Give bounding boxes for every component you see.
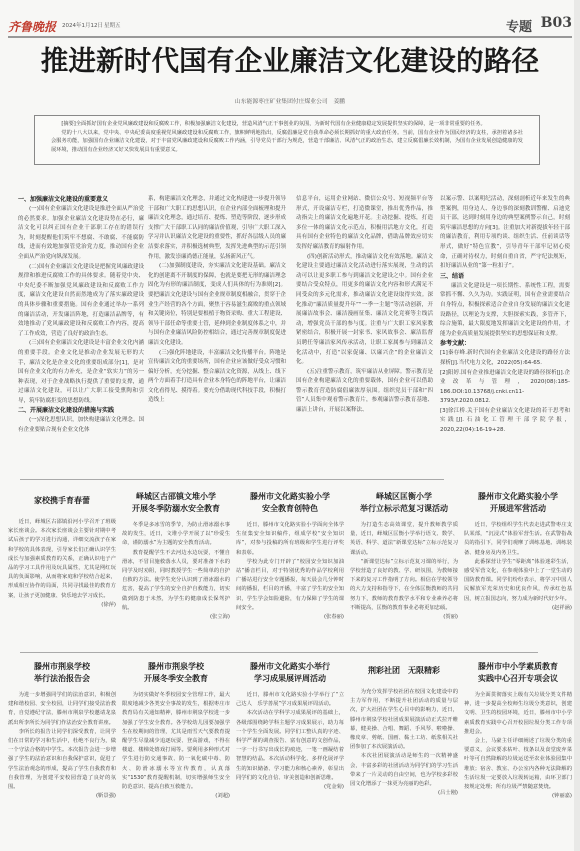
article-headline: 推进新时代国有企业廉洁文化建设的路径 <box>8 44 572 78</box>
news-title-line: 实践中心召开专项会议 <box>464 672 572 684</box>
section-divider <box>20 652 538 653</box>
news-item: 滕州市荆泉学校开展冬季安全教育为切实做好冬季校园安全管理工作，最大限度地减少各类… <box>122 660 230 801</box>
news-author: (贺丽) <box>350 613 458 622</box>
section-heading: 一、加强廉洁文化建设的重要意义 <box>18 195 144 205</box>
news-paragraph: 近日，学校组织学生代表走进武警枣庄支队某部，“沉浸式”体验军营生活。在武警指战员… <box>464 521 572 558</box>
news-title-line: 开展冬季安全教育 <box>122 672 230 684</box>
news-title-line: 滕州市文化路实验小学 <box>236 490 344 502</box>
news-item: 滕州市中小学素质教育实践中心召开专项会议为全面贯彻落实上级有关垃圾分类文件精神，… <box>464 660 572 801</box>
news-author: (党金菊) <box>236 783 344 792</box>
news-title-line: 荆彩社团 无限精彩 <box>350 664 458 676</box>
news-paragraph: 李所长的报告让同学们深受教育，让同学们在日常的学习和生活中，杜绝不良行为，做一个… <box>8 728 116 792</box>
news-paragraph: 会上，马豪主任详细阐述了垃圾分类的重要意义，会议要求枯叶、枝条以及食堂废弃菜叶等… <box>464 737 572 792</box>
news-title-line: 家校携手育春蕾 <box>8 494 116 506</box>
page-number: B03 <box>541 15 572 31</box>
news-author: (赵祥涵) <box>464 604 572 613</box>
news-title-line: 开展进军营活动 <box>464 502 572 514</box>
body-paragraph: (五)注重警示教育，筑牢廉洁从业屏障。警示教育是国有企业构建廉洁文化的重要载体，… <box>296 368 433 416</box>
section-heading: 参考文献： <box>440 339 570 349</box>
news-title-line: 滕州市荆泉学校 <box>8 660 116 672</box>
news-item: 荆彩社团 无限精彩为充分发挥学校社团在校园文化建设中的主力军作用，不断提升社团活… <box>350 660 458 798</box>
news-paragraph: 为打造生态高效课堂，提升教师教学质量，近日，峄城区匡衡小学举行语文、数学、英语、… <box>350 521 458 558</box>
news-title-line: 举行法治报告会 <box>8 672 116 684</box>
body-paragraph: 系，构建廉洁文化理念，并通过文化构建进一步提升领导干部和广大职工的思想认识，在企… <box>148 195 286 262</box>
body-paragraph: (三)国有企业廉洁文化建设是丰富企业文化内涵的重要手段。企业文化是推动企业发展无… <box>18 339 144 406</box>
issue-date: 2024年1月12日 <box>62 21 103 29</box>
article-abstract: [摘要]全面抓好国有企业党风廉政建设和反腐败工作，积极加强廉洁文化建设，营造风清… <box>34 115 540 165</box>
news-item: 滕州市荆泉学校举行法治报告会为进一步增强同学们的法治意识，积极创建和谐校园、安全… <box>8 660 116 801</box>
news-item: 峄城区匡衡小学举行立标示范复习课活动为打造生态高效课堂，提升教师教学质量，近日，… <box>350 490 458 622</box>
news-author: (张立海) <box>122 613 230 622</box>
news-title-line: 滕州市荆泉学校 <box>122 660 230 672</box>
masthead: 齐鲁晚报 2024年1月12日 星期五 专题 B03 <box>8 14 572 36</box>
news-paragraph: 为切实做好冬季校园安全管理工作，最大限度地减少各类安全事故的发生，根据枣庄市教育… <box>122 691 230 792</box>
news-item: 滕州市文化路实验小学开展进军营活动近日，学校组织学生代表走进武警枣庄支队某部，“… <box>464 490 572 613</box>
news-title: 滕州市荆泉学校举行法治报告会 <box>8 660 116 684</box>
news-item: 家校携手育春蕾近日，峄城区古邵镇沿河小学召开了班级家长座谈会。本次家长座谈会主要… <box>8 490 116 610</box>
news-title: 荆彩社团 无限精彩 <box>350 664 458 676</box>
news-author: (张春丽) <box>236 613 344 622</box>
reference-entry: [1]秦存峰.新时代国有企业廉洁文化建设的路径方法探析[J].当代电力文化，20… <box>440 349 570 368</box>
news-title-line: 滕州市中小学素质教育 <box>464 660 572 672</box>
news-paragraph: 近日，滕州市文化路实验小学举行了“立己达人 乐学善展”学习成果展评周活动。 <box>236 691 344 709</box>
reference-entry: [3]徐江桥.关于国有企业廉洁文化建设的若干思考和实践[J].石油化工管理干部学… <box>440 407 570 436</box>
news-title-line: 举行立标示范复习课活动 <box>350 502 458 514</box>
body-paragraph: 信息平台，运用企业网站、微信公众号、短视频平台等形式，开设廉洁专栏，打造微课堂，… <box>296 195 433 253</box>
news-title: 峄城区匡衡小学举行立标示范复习课活动 <box>350 490 458 514</box>
article-byline: 山东能源枣庄矿业集团付庄煤业公司 姜鹏 <box>0 96 580 105</box>
news-item: 峄城区古邵镇文堆小学开展冬季防溺水安全教育冬季是多冰雪的季节，为防止滑冰溺水事故… <box>122 490 230 622</box>
section-label: 专题 <box>506 16 532 35</box>
news-title: 家校携手育春蕾 <box>8 494 116 506</box>
news-paragraph: 为充分发挥学校社团在校园文化建设中的主力军作用，不断提升社团活动的质量与层次，扩… <box>350 688 458 752</box>
news-paragraph: 教育提醒学生不去河边水边玩耍，不懂自滑冰，不冒目施救落水人员，要对准备下水的同学… <box>122 549 230 613</box>
news-title: 峄城区古邵镇文堆小学开展冬季防溺水安全教育 <box>122 490 230 514</box>
news-title-line: 峄城区匡衡小学 <box>350 490 458 502</box>
article-column-2: 系，构建廉洁文化理念，并通过文化构建进一步提升领导干部和广大职工的思想认识，在企… <box>148 195 286 406</box>
news-author: (吕士刚) <box>350 789 458 798</box>
news-paragraph: 近日，峄城区古邵镇沿河小学召开了班级家长座谈会。本次家长座谈会主要针对期中考试后… <box>8 518 116 601</box>
news-paragraph: 本次活动在学科学习成果展评的基础上，各级部围绕跨学科主题学习成果展示，助力每一个… <box>236 709 344 783</box>
body-paragraph: (三)强化阵地建设，丰富廉洁文化传播平台。阵地是宣传廉洁文化的重要场所，国有企业… <box>148 349 286 407</box>
news-paragraph: “新课堂达标”立标示范复习课的举行，为学校营造了良好的教、学、研氛围，为教师接下… <box>350 558 458 613</box>
section-heading: 三、结语 <box>440 272 570 282</box>
page-edge <box>574 0 580 851</box>
news-author: (钟丽嘉) <box>464 792 572 801</box>
news-paragraph: 此番探营让学生“零距离”体验迷彩生活，感受军营文化，在参观体验中上了一堂生动的国… <box>464 558 572 604</box>
masthead-rule <box>8 36 572 38</box>
news-title-line: 滕州市文化路实小举行 <box>236 660 344 672</box>
news-title-line: 峄城区古邵镇文堆小学 <box>122 490 230 502</box>
body-paragraph: 以案示警、以案明纪活动，深刻剖析近年来发生的典型案例，用身边人、身边事的深刻教训… <box>440 195 570 272</box>
body-paragraph: (二)加强制度建设，夯实廉洁文化建设基础。廉洁文化的创建离不开制度的保障，也就是… <box>148 262 286 348</box>
news-paragraph: 近日，滕州市文化路实验小学面向全体学生征集安全知识稿件，组成学校“安全知识库”，… <box>236 521 344 558</box>
article-column-3: 信息平台，运用企业网站、微信公众号、短视频平台等形式，开设廉洁专栏，打造微课堂，… <box>296 195 433 416</box>
issue-weekday: 星期五 <box>104 21 121 29</box>
news-item: 滕州市文化路实小举行学习成果展评周活动近日，滕州市文化路实验小学举行了“立己达人… <box>236 660 344 792</box>
body-paragraph: 廉洁文化建设是一项长期性、系统性工程，需要常抓不懈、久久为功。实践证明，国有企业… <box>440 282 570 340</box>
news-title: 滕州市文化路实验小学开展进军营活动 <box>464 490 572 514</box>
news-paragraph: 为进一步增强同学们的法治意识，积极创建和谐校园、安全校园，让同学们接受法治教育，… <box>8 691 116 728</box>
news-item: 滕州市文化路实验小学安全教育创特色近日，滕州市文化路实验小学面向全体学生征集安全… <box>236 490 344 622</box>
news-title-line: 开展冬季防溺水安全教育 <box>122 502 230 514</box>
body-paragraph: (二)国有企业廉洁文化建设是把握党风廉政建设规律和推进反腐败工作的具体要求。随着… <box>18 263 144 340</box>
abstract-paragraph: 党的十八大以来，党中央、中央纪委高度重视党风廉政建设和反腐败工作，旗帜鲜明地指出… <box>51 129 523 155</box>
news-title-line: 安全教育创特色 <box>236 502 344 514</box>
article-column-4: 以案示警、以案明纪活动，深刻剖析近年来发生的典型案例，用身边人、身边事的深刻教训… <box>440 195 570 436</box>
body-paragraph: (四)创新活动形式，推动廉洁文化有效落地。廉洁文化建设主要通过廉洁文化活动进行落… <box>296 253 433 368</box>
reference-entry: [2]阳婷.国有企业推进廉洁文化建设的路径探析[J].企业改革与管理，2020(… <box>440 369 570 407</box>
body-paragraph: (一)深化思想认识，加快构建廉洁文化理念。国有企业要贴合现有企业文化体 <box>18 416 144 435</box>
section-heading: 二、开展廉洁文化建设的措施与实践 <box>18 406 144 416</box>
news-title-line: 学习成果展评周活动 <box>236 672 344 684</box>
newspaper-page: 齐鲁晚报 2024年1月12日 星期五 专题 B03 推进新时代国有企业廉洁文化… <box>0 0 580 851</box>
newspaper-logo: 齐鲁晚报 <box>8 18 56 35</box>
news-paragraph: 本次社团展演活动是师生的一次精神盛会，丰富多彩的社团活动为同学们的学习生活带来了… <box>350 752 458 789</box>
news-author: (刘超) <box>122 792 230 801</box>
section-divider <box>20 479 444 480</box>
news-title: 滕州市文化路实验小学安全教育创特色 <box>236 490 344 514</box>
news-paragraph: 学校为此专门开辟了“校园安全知识加油站”播音栏目，对于特别优秀的作品学校利用广播… <box>236 558 344 613</box>
news-author: (靳景强) <box>8 792 116 801</box>
news-paragraph: 为全面贯彻落实上级有关垃圾分类文件精神，进一步提高全校师生垃圾分类意识，创建文明… <box>464 691 572 737</box>
news-paragraph: 冬季是多冰雪的季节，为防止滑冰溺水事故的发生，近日，文堆小学开展了以“珍爱生命，… <box>122 521 230 549</box>
news-title: 滕州市中小学素质教育实践中心召开专项会议 <box>464 660 572 684</box>
news-title-line: 滕州市文化路实验小学 <box>464 490 572 502</box>
news-title: 滕州市文化路实小举行学习成果展评周活动 <box>236 660 344 684</box>
article-column-1: 一、加强廉洁文化建设的重要意义(一)国有企业廉洁文化建设是推进全面从严治党的必然… <box>18 195 144 436</box>
news-author: (徐萍) <box>8 601 116 610</box>
news-title: 滕州市荆泉学校开展冬季安全教育 <box>122 660 230 684</box>
body-paragraph: (一)国有企业廉洁文化建设是推进全面从严治党的必然要求。加强企业廉洁文化建设势在… <box>18 205 144 263</box>
abstract-paragraph: [摘要]全面抓好国有企业党风廉政建设和反腐败工作，积极加强廉洁文化建设，营造风清… <box>51 120 523 129</box>
